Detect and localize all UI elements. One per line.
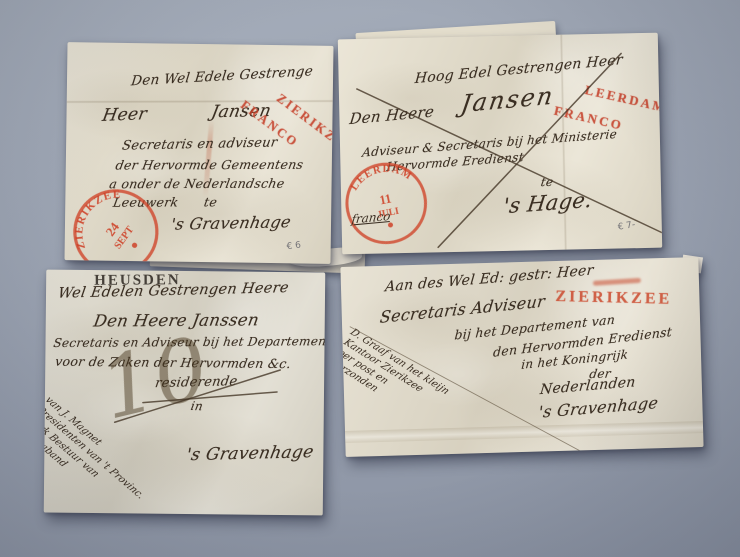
leerdam-circular-datestamp: LEERDAM 11 JULI [338,151,439,255]
letter-cover-bottom-left: HEUSDEN Wel Edelen Gestrengen Heere Den … [44,270,326,516]
svg-text:11: 11 [378,191,392,207]
letter-cover-top-right: Hoog Edel Gestrengen Heer Den Heere Jans… [338,33,662,255]
leerdam-franco-line-stamp: LEERDAM FRANCO [538,62,663,169]
address-line: Nederlanden [539,374,636,398]
letter-cover-top-left: Den Wel Edele Gestrenge Heer Jansen Secr… [64,42,333,264]
address-line: 's Hage. [502,188,594,219]
address-line: 's Gravenhage [185,442,316,465]
pencil-price-note: € 7- [617,220,636,233]
postal-rate-marking: 10 [93,325,216,431]
address-line: te [540,175,555,189]
paper-crease [345,421,703,443]
red-ink-smudge [593,278,641,286]
address-line: 's Gravenhage [169,212,293,234]
pencil-price-note: € 6 [286,240,301,252]
address-line: 's Gravenhage [537,393,659,422]
address-line: Heer [101,104,149,126]
address-line: Wel Edelen Gestrengen Heere [57,280,290,302]
photo-of-four-antique-letters: Den Wel Edele Gestrenge Heer Jansen Secr… [0,0,740,557]
address-line: Den Heere [348,102,435,128]
sender-note: D. Graaf van het kleijn Kantoor Zierikze… [340,327,450,429]
letter-cover-bottom-right: ZIERIKZEE Aan des Wel Ed: gestr: Heer Se… [340,257,703,457]
zierikzee-line-stamp: ZIERIKZEE [555,288,672,309]
address-line: Jansen [459,81,556,118]
stamp-town-text: LEERDAM [584,82,663,115]
